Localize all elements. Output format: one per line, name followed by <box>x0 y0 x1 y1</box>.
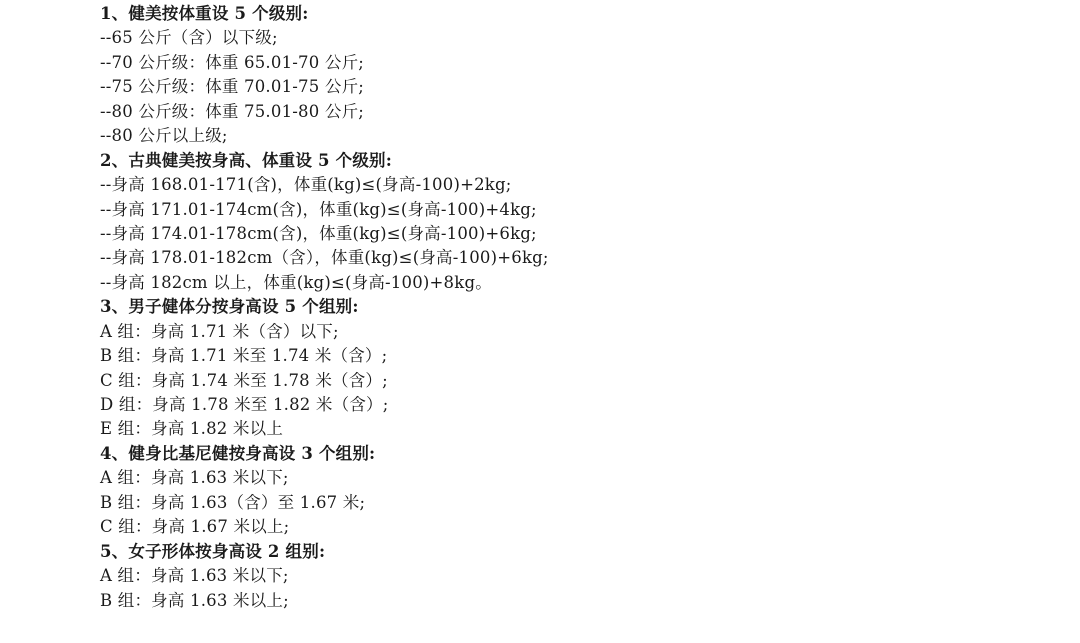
list-item: A 组：身高 1.63 米以下; <box>100 466 549 490</box>
list-item: C 组：身高 1.74 米至 1.78 米（含）; <box>100 369 549 393</box>
list-item: B 组：身高 1.63 米以上; <box>100 589 549 613</box>
list-item: --身高 178.01-182cm（含），体重(kg)≤(身高-100)+6kg… <box>100 246 549 270</box>
list-item: --70 公斤级：体重 65.01-70 公斤; <box>100 51 549 75</box>
list-item: --身高 174.01-178cm(含)，体重(kg)≤(身高-100)+6kg… <box>100 222 549 246</box>
section-5-heading: 5、女子形体按身高设 2 组别: <box>100 540 549 564</box>
list-item: D 组：身高 1.78 米至 1.82 米（含）; <box>100 393 549 417</box>
list-item: --身高 171.01-174cm(含)，体重(kg)≤(身高-100)+4kg… <box>100 198 549 222</box>
document-body: 1、健美按体重设 5 个级别: --65 公斤（含）以下级; --70 公斤级：… <box>100 2 549 613</box>
list-item: --80 公斤以上级; <box>100 124 549 148</box>
section-4-heading: 4、健身比基尼健按身高设 3 个组别: <box>100 442 549 466</box>
list-item: B 组：身高 1.71 米至 1.74 米（含）; <box>100 344 549 368</box>
section-2-heading: 2、古典健美按身高、体重设 5 个级别: <box>100 149 549 173</box>
list-item: E 组：身高 1.82 米以上 <box>100 417 549 441</box>
list-item: --75 公斤级：体重 70.01-75 公斤; <box>100 75 549 99</box>
section-1-heading: 1、健美按体重设 5 个级别: <box>100 2 549 26</box>
list-item: C 组：身高 1.67 米以上; <box>100 515 549 539</box>
list-item: B 组：身高 1.63（含）至 1.67 米; <box>100 491 549 515</box>
list-item: --80 公斤级：体重 75.01-80 公斤; <box>100 100 549 124</box>
list-item: A 组：身高 1.71 米（含）以下; <box>100 320 549 344</box>
list-item: --65 公斤（含）以下级; <box>100 26 549 50</box>
section-3-heading: 3、男子健体分按身高设 5 个组别: <box>100 295 549 319</box>
list-item: --身高 182cm 以上，体重(kg)≤(身高-100)+8kg。 <box>100 271 549 295</box>
list-item: A 组：身高 1.63 米以下; <box>100 564 549 588</box>
list-item: --身高 168.01-171(含)，体重(kg)≤(身高-100)+2kg; <box>100 173 549 197</box>
